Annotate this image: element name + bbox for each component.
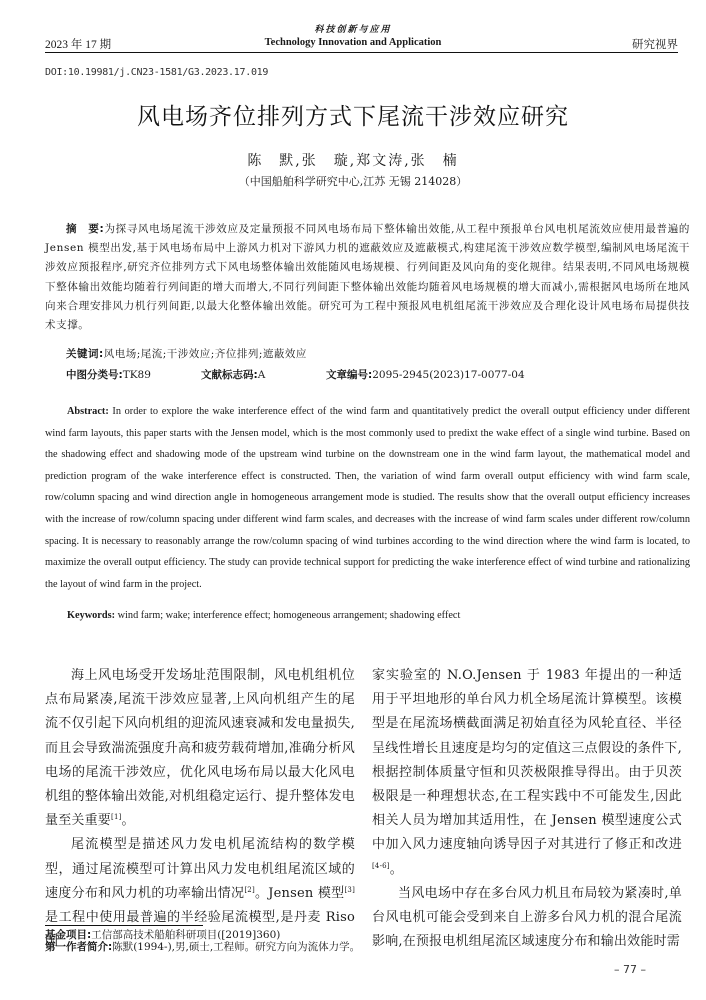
abstract-cn-text: 为探寻风电场尾流干涉效应及定量预报不同风电场布局下整体输出效能,从工程中预报单台…: [45, 223, 690, 331]
abstract-cn: 摘 要:为探寻风电场尾流干涉效应及定量预报不同风电场布局下整体输出效能,从工程中…: [45, 220, 690, 335]
doi: DOI:10.19981/j.CN23-1581/G3.2023.17.019: [45, 67, 268, 78]
header-divider: [45, 52, 678, 53]
keywords-en: Keywords: wind farm; wake; interference …: [67, 610, 460, 621]
body-column-right: 家实验室的 N.O.Jensen 于 1983 年提出的一种适用于平坦地形的单台…: [372, 664, 682, 954]
author-bio-note: 第一作者简介:陈默(1994-),男,硕士,工程师。研究方向为流体力学。: [45, 941, 665, 953]
article-number: 文章编号:2095-2945(2023)17-0077-04: [326, 367, 525, 382]
footnotes: 基金项目:工信部高技术船舶科研项目([2019]360) 第一作者简介:陈默(1…: [45, 929, 665, 953]
section-label: 研究视界: [632, 36, 678, 52]
paper-title: 风电场齐位排列方式下尾流干涉效应研究: [0, 98, 706, 131]
citation: [4-6]: [372, 862, 390, 870]
abstract-en-label: Abstract:: [67, 406, 109, 417]
authors: 陈 默,张 璇,郑文涛,张 楠: [0, 150, 706, 170]
abstract-cn-label: 摘 要:: [66, 223, 104, 235]
issue-label: 2023 年 17 期: [45, 36, 111, 52]
page-number: – 77 –: [614, 963, 646, 976]
abstract-en: Abstract: In order to explore the wake i…: [45, 401, 690, 595]
body-paragraph: 海上风电场受开发场址范围限制，风电机组机位点布局紧凑,尾流干涉效应显著,上风向机…: [45, 664, 355, 833]
affiliation: （中国船舶科学研究中心,江苏 无锡 214028）: [0, 173, 706, 189]
funding-note: 基金项目:工信部高技术船舶科研项目([2019]360): [45, 929, 665, 941]
keywords-en-label: Keywords:: [67, 610, 115, 621]
keywords-cn: 关键词:风电场;尾流;干涉效应;齐位排列;遮蔽效应: [66, 346, 307, 361]
abstract-en-text: In order to explore the wake interferenc…: [45, 406, 690, 590]
citation: [2]: [244, 886, 255, 894]
body-paragraph: 家实验室的 N.O.Jensen 于 1983 年提出的一种适用于平坦地形的单台…: [372, 664, 682, 882]
keywords-en-text: wind farm; wake; interference effect; ho…: [118, 610, 461, 621]
body-column-left: 海上风电场受开发场址范围限制，风电机组机位点布局紧凑,尾流干涉效应显著,上风向机…: [45, 664, 355, 954]
document-code: 文献标志码:A: [201, 367, 265, 382]
keywords-cn-text: 风电场;尾流;干涉效应;齐位排列;遮蔽效应: [104, 348, 307, 360]
citation: [1]: [111, 813, 122, 821]
citation: [3]: [344, 886, 355, 894]
journal-name-en: Technology Innovation and Application: [200, 36, 506, 49]
footnote-divider: [45, 925, 203, 926]
journal-name: 科技创新与应用 Technology Innovation and Applic…: [200, 25, 506, 49]
journal-name-cn: 科技创新与应用: [200, 25, 506, 36]
clc-number: 中图分类号:TK89: [66, 367, 151, 382]
keywords-cn-label: 关键词:: [66, 348, 104, 360]
